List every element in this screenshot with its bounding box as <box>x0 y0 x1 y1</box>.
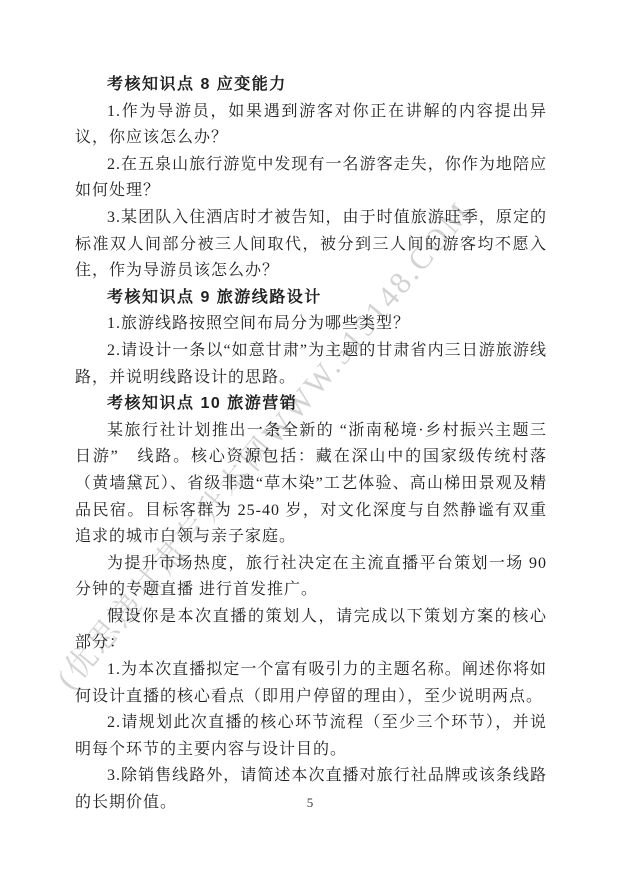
paragraph: 某旅行社计划推出一条全新的 “浙南秘境·乡村振兴主题三日游” 线路。核心资源包括… <box>75 418 547 551</box>
paragraph: 2.在五泉山旅行游览中发现有一名游客走失，你作为地陪应如何处理？ <box>75 152 547 205</box>
paragraph: 2.请设计一条以“如意甘肃”为主题的甘肃省内三日游旅游线路，并说明线路设计的思路… <box>75 338 547 391</box>
section-heading: 考核知识点 9 旅游线路设计 <box>75 285 547 312</box>
paragraph: 1.旅游线路按照空间布局分为哪些类型？ <box>75 311 547 338</box>
paragraph: 1.作为导游员，如果遇到游客对你正在讲解的内容提出异议，你应该怎么办？ <box>75 99 547 152</box>
document-page: (优思递甘肃专升本网WWW.515148.COM 考核知识点 8 应变能力1.作… <box>0 0 620 876</box>
document-content: 考核知识点 8 应变能力1.作为导游员，如果遇到游客对你正在讲解的内容提出异议，… <box>75 72 547 817</box>
paragraph: 3.某团队入住酒店时才被告知，由于时值旅游旺季，原定的标准双人间部分被三人间取代… <box>75 205 547 285</box>
page-number: 5 <box>0 795 620 811</box>
paragraph: 为提升市场热度，旅行社决定在主流直播平台策划一场 90 分钟的专题直播 进行首发… <box>75 551 547 604</box>
section-heading: 考核知识点 8 应变能力 <box>75 72 547 99</box>
paragraph: 假设你是本次直播的策划人，请完成以下策划方案的核心部分： <box>75 604 547 657</box>
paragraph: 1.为本次直播拟定一个富有吸引力的主题名称。阐述你将如何设计直播的核心看点（即用… <box>75 657 547 710</box>
section-heading: 考核知识点 10 旅游营销 <box>75 391 547 418</box>
paragraph: 2.请规划此次直播的核心环节流程（至少三个环节），并说明每个环节的主要内容与设计… <box>75 710 547 763</box>
